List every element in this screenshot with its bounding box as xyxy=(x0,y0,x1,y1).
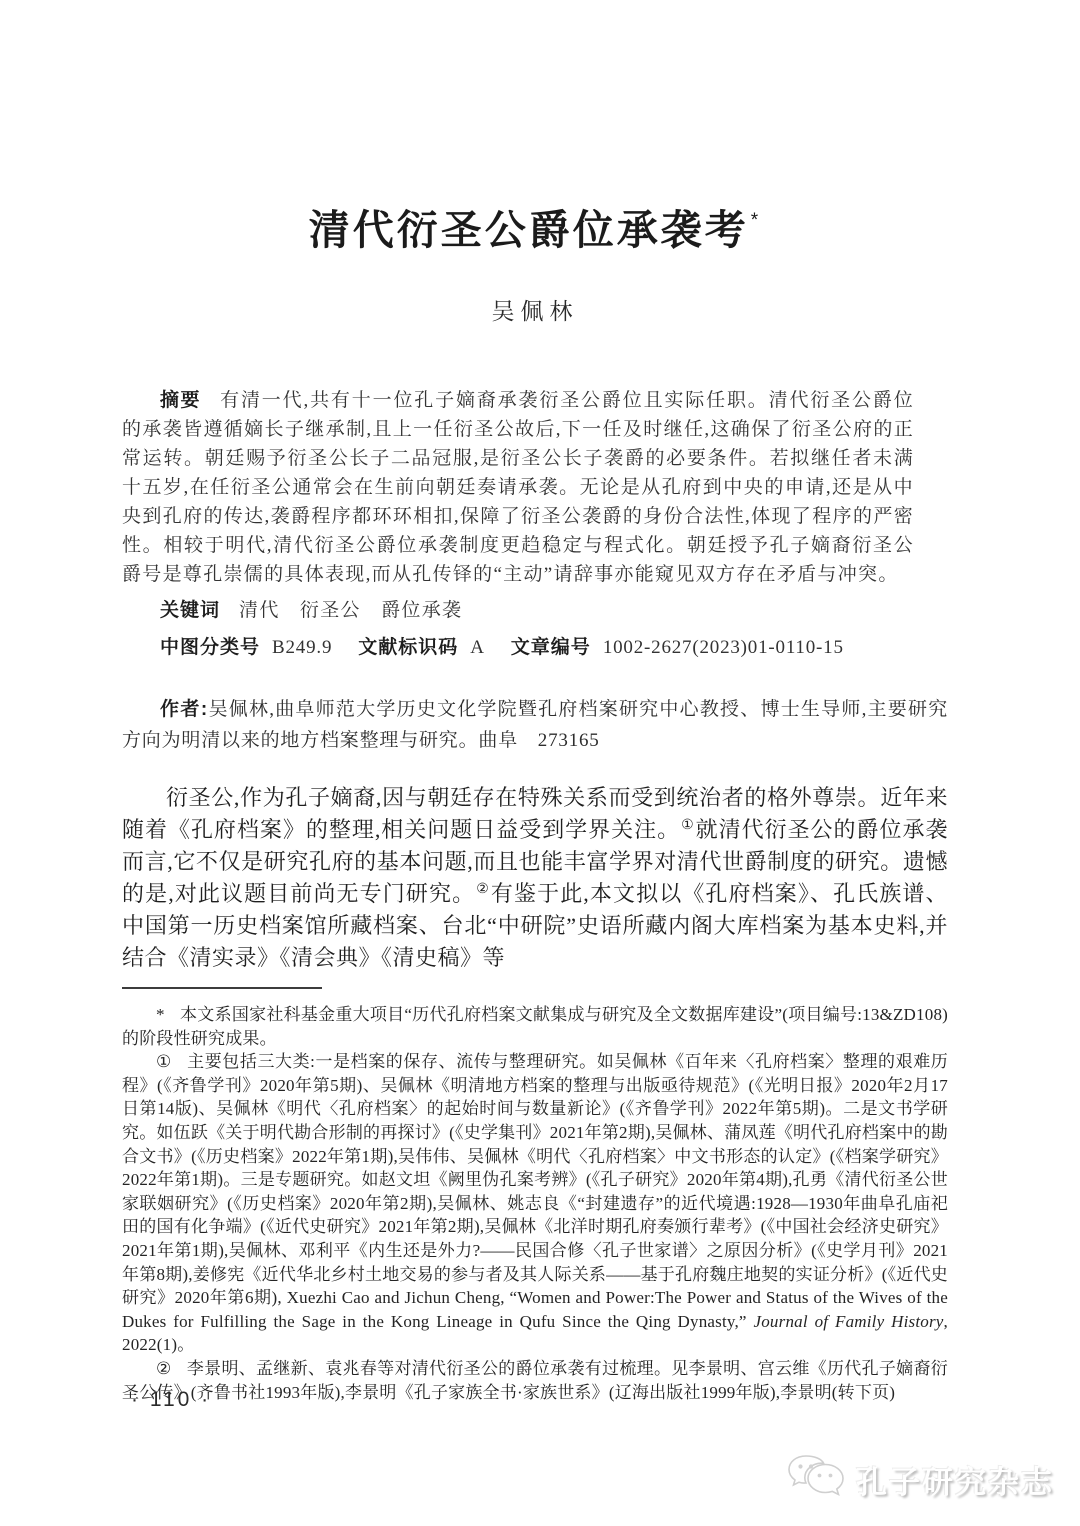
footnote-star-text: 本文系国家社科基金重大项目“历代孔府档案文献集成与研究及全文数据库建设”(项目编… xyxy=(122,1005,948,1048)
author-bio-label: 作者: xyxy=(160,699,208,720)
clc-label: 中图分类号 xyxy=(160,637,260,658)
keywords-label: 关键词 xyxy=(160,600,220,621)
meta-line: 中图分类号B249.9文献标识码A文章编号1002-2627(2023)01-0… xyxy=(122,633,914,662)
footnote-2-text: 李景明、孟继新、袁兆春等对清代衍圣公的爵位承袭有过梳理。见李景明、宫云维《历代孔… xyxy=(122,1359,948,1402)
footnote-ref-2: ② xyxy=(476,882,490,897)
wechat-watermark: 孔子研究杂志 xyxy=(784,1448,1054,1510)
footnote-star-marker: * xyxy=(156,1005,165,1024)
abstract-paragraph: 摘要有清一代,共有十一位孔子嫡裔承袭衍圣公爵位且实际任职。清代衍圣公爵位的承袭皆… xyxy=(122,386,914,589)
keywords-line: 关键词清代 衍圣公 爵位承袭 xyxy=(122,596,914,625)
footnote-star: *本文系国家社科基金重大项目“历代孔府档案文献集成与研究及全文数据库建设”(项目… xyxy=(122,1003,948,1050)
footnote-1-text: 主要包括三大类:一是档案的保存、流传与整理研究。如吴佩林《百年来〈孔府档案〉整理… xyxy=(122,1052,948,1331)
watermark-text: 孔子研究杂志 xyxy=(856,1457,1054,1502)
author-bio: 作者:吴佩林,曲阜师范大学历史文化学院暨孔府档案研究中心教授、博士生导师,主要研… xyxy=(122,694,948,756)
page-number: · 110 · xyxy=(131,1388,211,1412)
footnote-2: ②李景明、孟继新、袁兆春等对清代衍圣公的爵位承袭有过梳理。见李景明、宫云维《历代… xyxy=(122,1357,948,1404)
footnotes-block: *本文系国家社科基金重大项目“历代孔府档案文献集成与研究及全文数据库建设”(项目… xyxy=(122,1003,948,1404)
wechat-icon xyxy=(784,1448,848,1510)
title-footnote-marker: * xyxy=(751,210,761,231)
article-id-label: 文章编号 xyxy=(511,637,591,658)
footnote-1: ①主要包括三大类:一是档案的保存、流传与整理研究。如吴佩林《百年来〈孔府档案〉整… xyxy=(122,1050,948,1357)
abstract-text: 有清一代,共有十一位孔子嫡裔承袭衍圣公爵位且实际任职。清代衍圣公爵位的承袭皆遵循… xyxy=(122,390,914,585)
article-title-text: 清代衍圣公爵位承袭考 xyxy=(309,207,749,253)
journal-page-scan: 清代衍圣公爵位承袭考* 吴佩林 摘要有清一代,共有十一位孔子嫡裔承袭衍圣公爵位且… xyxy=(0,0,1080,1526)
footnote-1-marker: ① xyxy=(156,1052,172,1071)
clc-value: B249.9 xyxy=(272,637,332,658)
article-id-value: 1002-2627(2023)01-0110-15 xyxy=(603,637,844,658)
footnote-ref-1: ① xyxy=(681,818,695,833)
abstract-block: 摘要有清一代,共有十一位孔子嫡裔承袭衍圣公爵位且实际任职。清代衍圣公爵位的承袭皆… xyxy=(122,386,914,662)
doc-code-label: 文献标识码 xyxy=(358,637,458,658)
article-title: 清代衍圣公爵位承袭考* xyxy=(122,208,948,253)
abstract-label: 摘要 xyxy=(160,390,201,411)
keywords-text: 清代 衍圣公 爵位承袭 xyxy=(239,600,462,621)
article-author: 吴佩林 xyxy=(122,293,948,326)
footnote-1-journal-title: Journal of Family History xyxy=(753,1312,943,1331)
footnote-2-marker: ② xyxy=(156,1359,172,1378)
footnote-separator xyxy=(122,987,322,989)
article-content: 清代衍圣公爵位承袭考* 吴佩林 摘要有清一代,共有十一位孔子嫡裔承袭衍圣公爵位且… xyxy=(122,0,948,1404)
author-bio-text: 吴佩林,曲阜师范大学历史文化学院暨孔府档案研究中心教授、博士生导师,主要研究方向… xyxy=(122,699,948,751)
doc-code-value: A xyxy=(470,637,485,658)
body-paragraph: 衍圣公,作为孔子嫡裔,因与朝廷存在特殊关系而受到统治者的格外尊崇。近年来随着《孔… xyxy=(122,782,948,974)
